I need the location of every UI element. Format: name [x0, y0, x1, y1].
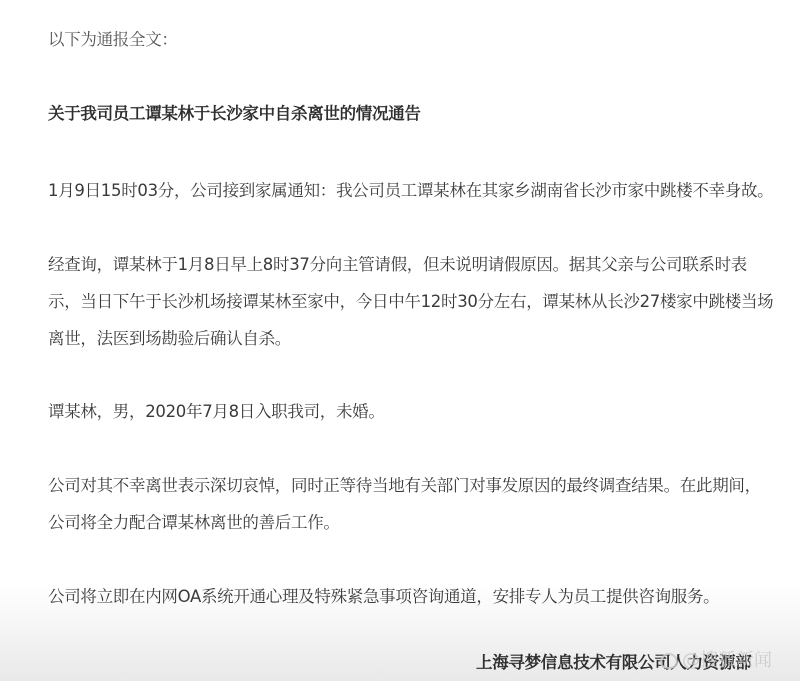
paragraph-1-line-1: 1月9日15时03分，公司接到家属通知：我公司员工谭某林在其家乡湖南省长沙市家中…	[48, 181, 773, 201]
paragraph-4-line-2: 公司将全力配合谭某林离世的善后工作。	[48, 513, 340, 533]
paragraph-5-line-1: 公司将立即在内网OA系统开通心理及特殊紧急事项咨询通道，安排专人为员工提供咨询服…	[48, 587, 719, 607]
document-page: 以下为通报全文： 关于我司员工谭某林于长沙家中自杀离世的情况通告 1月9日15时…	[0, 0, 800, 681]
paragraph-2-line-3: 离世，法医到场勘验后确认自杀。	[48, 329, 291, 349]
intro-text: 以下为通报全文：	[48, 30, 178, 50]
notice-title: 关于我司员工谭某林于长沙家中自杀离世的情况通告	[48, 104, 421, 124]
watermark-text: @搜狐新闻	[682, 650, 772, 672]
paragraph-2-line-2: 示，当日下午于长沙机场接谭某林至家中，今日中午12时30分左右，谭某林从长沙27…	[48, 292, 773, 312]
paragraph-2-line-1: 经查询，谭某林于1月8日早上8时37分向主管请假，但未说明请假原因。据其父亲与公…	[48, 255, 747, 275]
watermark: @搜狐新闻	[660, 650, 772, 672]
weibo-logo-icon	[660, 653, 678, 669]
paragraph-4-line-1: 公司对其不幸离世表示深切哀悼，同时正等待当地有关部门对事发原因的最终调查结果。在…	[48, 476, 761, 496]
paragraph-3-line-1: 谭某林，男，2020年7月8日入职我司，未婚。	[48, 402, 385, 422]
